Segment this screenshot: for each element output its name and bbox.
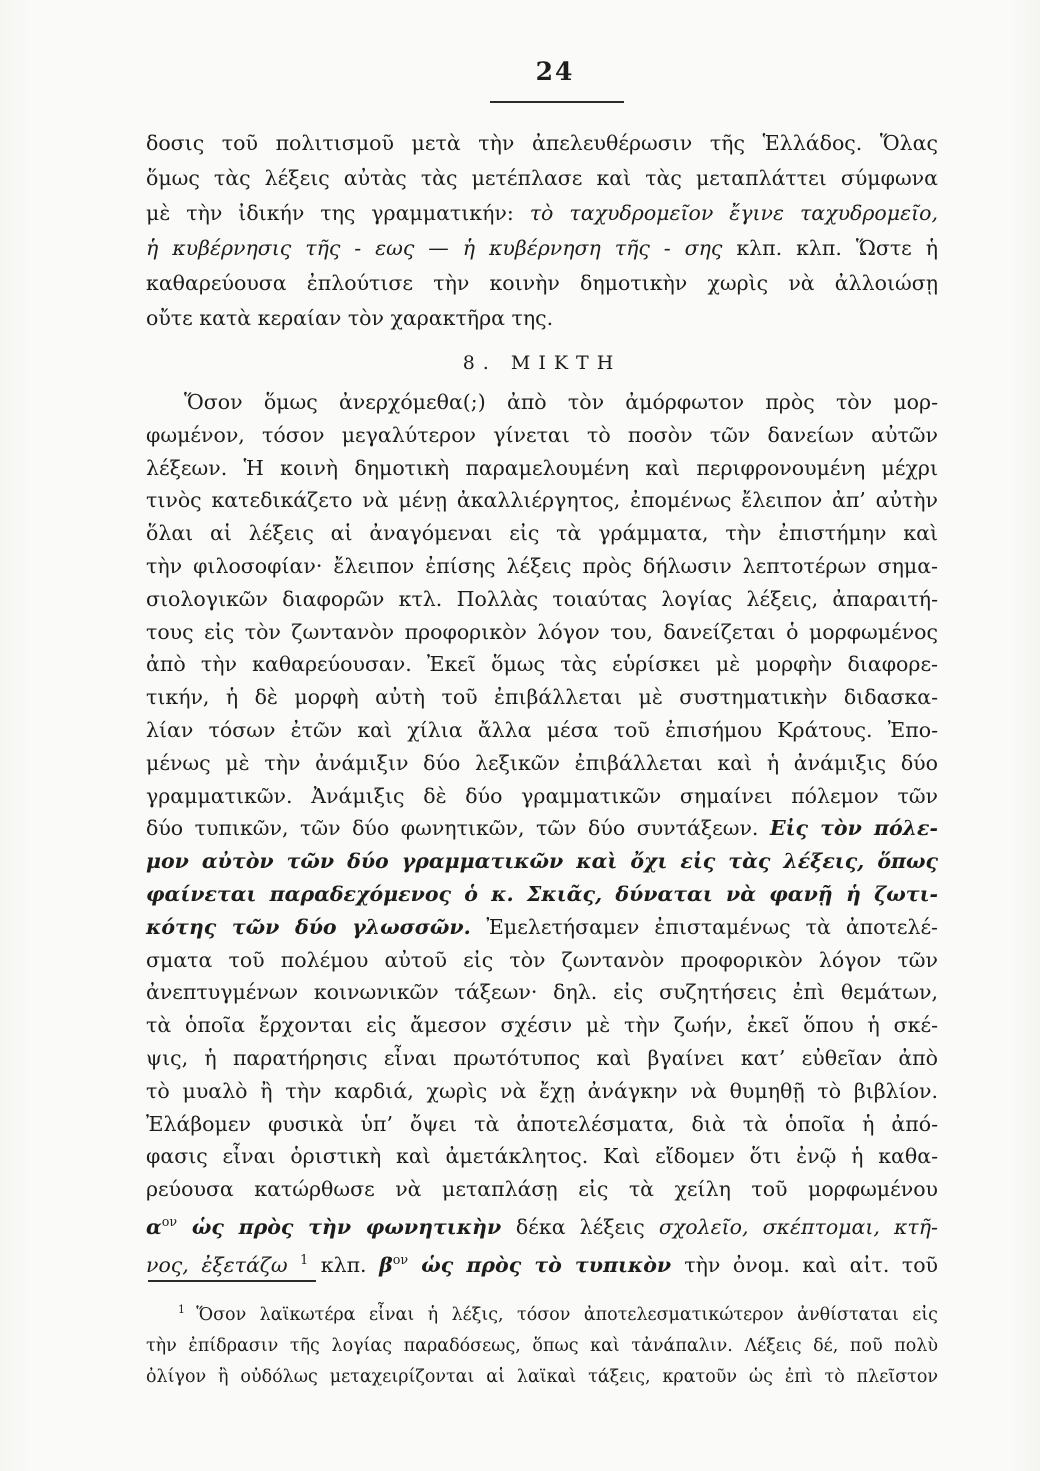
- text-line: τὴν φιλοσοφίαν· ἔλειπον ἐπίσης λέξεις πρ…: [146, 550, 938, 583]
- text-run: τὸ ταχυδρομεῖον ἔγινε ταχυδρομεῖο,: [530, 201, 938, 225]
- text-line: φασις εἶναι ὁριστικὴ καὶ ἀμετάκλητος. Κα…: [146, 1140, 938, 1173]
- text-run: α: [146, 1215, 162, 1239]
- page-number: 24: [160, 57, 950, 86]
- text-run: ον: [162, 1214, 177, 1229]
- text-run: σματα τοῦ πολέμου αὐτοῦ εἰς τὸν ζωντανὸν…: [146, 948, 938, 972]
- text-run: σχολεῖο, σκέπτομαι, κτῆ-: [659, 1215, 938, 1239]
- text-run: Εἰς τὸν πόλε-: [770, 816, 938, 840]
- text-run: δοσις τοῦ πολιτισμοῦ μετὰ τὴν ἀπελευθέρω…: [146, 131, 938, 155]
- text-run: β: [379, 1252, 393, 1276]
- text-line: οὔτε κατὰ κεραίαν τὸν χαρακτῆρα της.: [146, 301, 938, 336]
- text-run: τὰ ὁποῖα ἔρχονται εἰς ἄμεσον σχέσιν μὲ τ…: [146, 1013, 938, 1037]
- text-run: μένως μὲ τὴν ἀνάμιξιν δύο λεξικῶν ἐπιβάλ…: [146, 751, 938, 775]
- text-line: τὸ μυαλὸ ἢ τὴν καρδιά, χωρὶς νὰ ἔχῃ ἀνάγ…: [146, 1075, 938, 1108]
- text-run: ἡ κυβέρνησις τῆς - εως — ἡ κυβέρνηση τῆς…: [146, 236, 736, 260]
- text-line: ὅμως τὰς λέξεις αὐτὰς τὰς μετέπλασε καὶ …: [146, 161, 938, 196]
- text-line: ὀλίγον ἢ οὐδόλως μεταχειρίζονται αἱ λαϊκ…: [146, 1362, 938, 1393]
- text-run: Ὅσον λαϊκωτέρα εἶναι ἡ λέξις, τόσον ἀποτ…: [196, 1305, 938, 1325]
- footnote-separator: [148, 1280, 316, 1282]
- text-line: αον ὡς πρὸς τὴν φωνητικὴν δέκα λέξεις σχ…: [146, 1206, 938, 1244]
- text-run: ψις, ἡ παρατήρησις εἶναι πρωτότυπος καὶ …: [146, 1046, 938, 1070]
- text-line: ψις, ἡ παρατήρησις εἶναι πρωτότυπος καὶ …: [146, 1042, 938, 1075]
- text-run: μὲ τὴν ἰδικήν της γραμματικήν:: [146, 201, 530, 225]
- text-run: κλπ. κλπ. Ὥστε ἡ: [736, 236, 938, 260]
- text-run: Ἐμελετήσαμεν ἐπισταμένως τὰ ἀποτελέ-: [486, 915, 938, 939]
- text-line: φαίνεται παραδεχόμενος ὁ κ. Σκιᾶς, δύνατ…: [146, 878, 938, 911]
- text-line: σιολογικῶν διαφορῶν κτλ. Πολλὰς τοιαύτας…: [146, 583, 938, 616]
- text-line: τὴν ἐπίδρασιν τῆς λογίας παραδόσεως, ὅπω…: [146, 1331, 938, 1362]
- text-run: καθαρεύουσα ἐπλούτισε τὴν κοινὴν δημοτικ…: [146, 271, 938, 295]
- text-line: μὲ τὴν ἰδικήν της γραμματικήν: τὸ ταχυδρ…: [146, 196, 938, 231]
- footnote: 1 Ὅσον λαϊκωτέρα εἶναι ἡ λέξις, τόσον ἀπ…: [146, 1294, 938, 1393]
- text-line: τὰ ὁποῖα ἔρχονται εἰς ἄμεσον σχέσιν μὲ τ…: [146, 1009, 938, 1042]
- text-line: 1 Ὅσον λαϊκωτέρα εἶναι ἡ λέξις, τόσον ἀπ…: [146, 1294, 938, 1331]
- text-line: ἀνεπτυγμένων κοινωνικῶν τάξεων· δηλ. εἰς…: [146, 976, 938, 1009]
- text-run: λέξεων. Ἡ κοινὴ δημοτικὴ παραμελουμένη κ…: [146, 456, 938, 480]
- section-paragraph: Ὅσον ὅμως ἀνερχόμεθα(;) ἀπὸ τὸν ἀμόρφωτο…: [146, 386, 938, 1281]
- text-run: μον αὐτὸν τῶν δύο γραμματικῶν καὶ ὄχι εἰ…: [146, 849, 938, 873]
- text-run: τὴν ὀνομ. καὶ αἰτ. τοῦ: [684, 1252, 938, 1276]
- text-run: ὅλαι αἱ λέξεις αἱ ἀναγόμεναι εἰς τὰ γράμ…: [146, 521, 938, 545]
- text-line: ἡ κυβέρνησις τῆς - εως — ἡ κυβέρνηση τῆς…: [146, 231, 938, 266]
- text-line: λίαν τόσων ἐτῶν καὶ χίλια ἄλλα μέσα τοῦ …: [146, 714, 938, 747]
- text-line: λέξεων. Ἡ κοινὴ δημοτικὴ παραμελουμένη κ…: [146, 452, 938, 485]
- section-heading: 8. ΜΙΚΤΗ: [146, 352, 938, 374]
- text-run: φωμένον, τόσον μεγαλύτερον γίνεται τὸ πο…: [146, 423, 938, 447]
- text-line: μένως μὲ τὴν ἀνάμιξιν δύο λεξικῶν ἐπιβάλ…: [146, 747, 938, 780]
- text-line: τους εἰς τὸν ζωντανὸν προφορικὸν λόγον τ…: [146, 616, 938, 649]
- text-line: καθαρεύουσα ἐπλούτισε τὴν κοινὴν δημοτικ…: [146, 266, 938, 301]
- text-run: τους εἰς τὸν ζωντανὸν προφορικὸν λόγον τ…: [146, 620, 938, 644]
- text-run: οὔτε κατὰ κεραίαν τὸν χαρακτῆρα της.: [146, 306, 553, 330]
- text-run: νος, ἐξετάζω: [146, 1252, 300, 1276]
- text-run: λίαν τόσων ἐτῶν καὶ χίλια ἄλλα μέσα τοῦ …: [146, 718, 938, 742]
- text-run: φαίνεται παραδεχόμενος ὁ κ. Σκιᾶς, δύνατ…: [146, 882, 938, 906]
- text-line: Ὅσον ὅμως ἀνερχόμεθα(;) ἀπὸ τὸν ἀμόρφωτο…: [146, 386, 938, 419]
- text-line: φωμένον, τόσον μεγαλύτερον γίνεται τὸ πο…: [146, 419, 938, 452]
- text-line: Ἐλάβομεν φυσικὰ ὑπ’ ὄψει τὰ ἀποτελέσματα…: [146, 1108, 938, 1141]
- text-run: ὀλίγον ἢ οὐδόλως μεταχειρίζονται αἱ λαϊκ…: [146, 1367, 938, 1387]
- text-run: δύο τυπικῶν, τῶν δύο φωνητικῶν, τῶν δύο …: [146, 816, 770, 840]
- text-line: νος, ἐξετάζω 1 κλπ. βον ὡς πρὸς τὸ τυπικ…: [146, 1244, 938, 1282]
- text-run: Ὅσον ὅμως ἀνερχόμεθα(;) ἀπὸ τὸν ἀμόρφωτο…: [184, 390, 938, 414]
- text-run: ον: [393, 1252, 408, 1267]
- text-line: σματα τοῦ πολέμου αὐτοῦ εἰς τὸν ζωντανὸν…: [146, 944, 938, 977]
- text-run: φασις εἶναι ὁριστικὴ καὶ ἀμετάκλητος. Κα…: [146, 1144, 938, 1168]
- scanned-book-page: 24 δοσις τοῦ πολιτισμοῦ μετὰ τὴν ἀπελευθ…: [0, 0, 1040, 1471]
- text-line: δύο τυπικῶν, τῶν δύο φωνητικῶν, τῶν δύο …: [146, 812, 938, 845]
- text-run: ρεύουσα κατώρθωσε νὰ μεταπλάσῃ εἰς τὰ χε…: [146, 1177, 938, 1201]
- text-run: τὴν φιλοσοφίαν· ἔλειπον ἐπίσης λέξεις πρ…: [146, 554, 938, 578]
- text-line: γραμματικῶν. Ἀνάμιξις δὲ δύο γραμματικῶν…: [146, 780, 938, 813]
- text-run: ὡς πρὸς τὴν φωνητικὴν: [177, 1215, 516, 1239]
- text-run: τὴν ἐπίδρασιν τῆς λογίας παραδόσεως, ὅπω…: [146, 1336, 938, 1356]
- text-line: μον αὐτὸν τῶν δύο γραμματικῶν καὶ ὄχι εἰ…: [146, 845, 938, 878]
- text-run: ὡς πρὸς τὸ τυπικὸν: [408, 1252, 684, 1276]
- text-run: ὅμως τὰς λέξεις αὐτὰς τὰς μετέπλασε καὶ …: [146, 166, 938, 190]
- text-run: τικήν, ἡ δὲ μορφὴ αὐτὴ τοῦ ἐπιβάλλεται μ…: [146, 685, 938, 709]
- text-line: ρεύουσα κατώρθωσε νὰ μεταπλάσῃ εἰς τὰ χε…: [146, 1173, 938, 1206]
- text-line: ἀπὸ τὴν καθαρεύουσαν. Ἐκεῖ ὅμως τὰς εὑρί…: [146, 648, 938, 681]
- text-run: ἀπὸ τὴν καθαρεύουσαν. Ἐκεῖ ὅμως τὰς εὑρί…: [146, 652, 938, 676]
- text-run: σιολογικῶν διαφορῶν κτλ. Πολλὰς τοιαύτας…: [146, 587, 938, 611]
- page-number-rule: [490, 101, 624, 103]
- text-run: δέκα λέξεις: [516, 1215, 659, 1239]
- text-run: γραμματικῶν. Ἀνάμιξις δὲ δύο γραμματικῶν…: [146, 784, 938, 808]
- text-line: δοσις τοῦ πολιτισμοῦ μετὰ τὴν ἀπελευθέρω…: [146, 126, 938, 161]
- text-run: κλπ.: [308, 1252, 379, 1276]
- text-run: Ἐλάβομεν φυσικὰ ὑπ’ ὄψει τὰ ἀποτελέσματα…: [146, 1112, 938, 1136]
- text-run: κότης τῶν δύο γλωσσῶν.: [146, 915, 486, 939]
- text-line: τινὸς κατεδικάζετο νὰ μένῃ ἀκαλλιέργητος…: [146, 484, 938, 517]
- text-line: ὅλαι αἱ λέξεις αἱ ἀναγόμεναι εἰς τὰ γράμ…: [146, 517, 938, 550]
- text-line: κότης τῶν δύο γλωσσῶν. Ἐμελετήσαμεν ἐπισ…: [146, 911, 938, 944]
- text-run: τινὸς κατεδικάζετο νὰ μένῃ ἀκαλλιέργητος…: [146, 488, 938, 512]
- paragraph-continuation: δοσις τοῦ πολιτισμοῦ μετὰ τὴν ἀπελευθέρω…: [146, 126, 938, 336]
- text-run: 1: [178, 1303, 196, 1316]
- text-run: ἀνεπτυγμένων κοινωνικῶν τάξεων· δηλ. εἰς…: [146, 980, 938, 1004]
- text-line: τικήν, ἡ δὲ μορφὴ αὐτὴ τοῦ ἐπιβάλλεται μ…: [146, 681, 938, 714]
- text-run: τὸ μυαλὸ ἢ τὴν καρδιά, χωρὶς νὰ ἔχῃ ἀνάγ…: [146, 1079, 938, 1103]
